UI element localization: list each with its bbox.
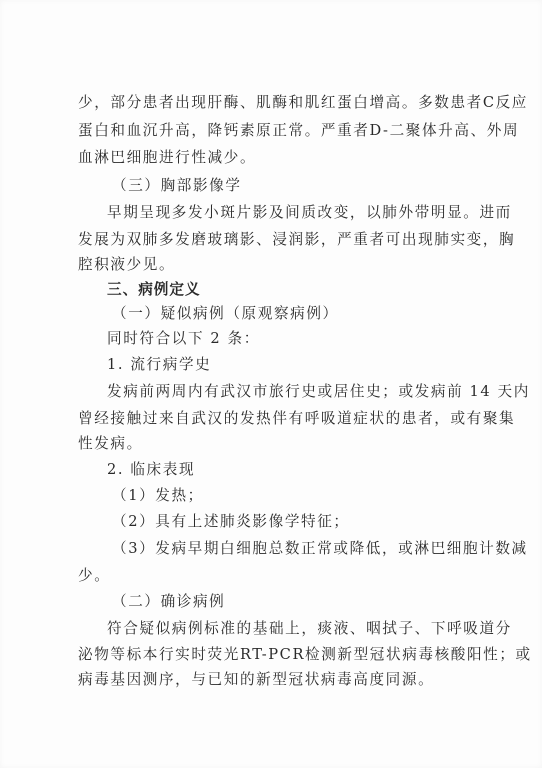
section-subheading-imaging: （三）胸部影像学 bbox=[112, 176, 512, 196]
paragraph-line: 发病前两周内有武汉市旅行史或居住史；或发病前 14 天内 bbox=[107, 382, 478, 402]
paragraph-line: 早期呈现多发小斑片影及间质改变，以肺外带明显。进而 bbox=[107, 203, 478, 223]
sub-list-item: （2）具有上述肺炎影像学特征； bbox=[112, 512, 512, 532]
paragraph-line: 同时符合以下 2 条： bbox=[107, 329, 478, 349]
paragraph-line: 发展为双肺多发磨玻璃影、浸润影，严重者可出现肺实变，胸 bbox=[78, 230, 478, 250]
section-subheading-suspected: （一）疑似病例（原观察病例） bbox=[112, 304, 512, 324]
paragraph-line: 性发病。 bbox=[78, 434, 478, 454]
paragraph-line: 病毒基因测序，与已知的新型冠状病毒高度同源。 bbox=[78, 670, 478, 690]
paragraph-line: 曾经接触过来自武汉的发热伴有呼吸道症状的患者，或有聚集 bbox=[78, 409, 478, 429]
list-item-epidemiology: 1. 流行病学史 bbox=[107, 355, 478, 375]
paragraph-line: 腔积液少见。 bbox=[78, 255, 478, 275]
section-heading-case-definition: 三、病例定义 bbox=[107, 280, 478, 300]
paragraph-line: 蛋白和血沉升高，降钙素原正常。严重者D-二聚体升高、外周 bbox=[78, 121, 478, 141]
paragraph-line: 泌物等标本行实时荧光RT-PCR检测新型冠状病毒核酸阳性；或 bbox=[78, 645, 478, 665]
paragraph-line: 血淋巴细胞进行性减少。 bbox=[78, 148, 478, 168]
paragraph-line: 少。 bbox=[78, 566, 478, 586]
paragraph-line: 符合疑似病例标准的基础上，痰液、咽拭子、下呼吸道分 bbox=[107, 619, 478, 639]
sub-list-item: （3）发病早期白细胞总数正常或降低，或淋巴细胞计数减 bbox=[112, 539, 478, 559]
list-item-clinical: 2. 临床表现 bbox=[107, 460, 478, 480]
paragraph-line: 少，部分患者出现肝酶、肌酶和肌红蛋白增高。多数患者C反应 bbox=[78, 93, 478, 113]
document-page: 少，部分患者出现肝酶、肌酶和肌红蛋白增高。多数患者C反应 蛋白和血沉升高，降钙素… bbox=[0, 0, 542, 768]
section-subheading-confirmed: （二）确诊病例 bbox=[112, 592, 512, 612]
sub-list-item: （1）发热； bbox=[112, 486, 512, 506]
